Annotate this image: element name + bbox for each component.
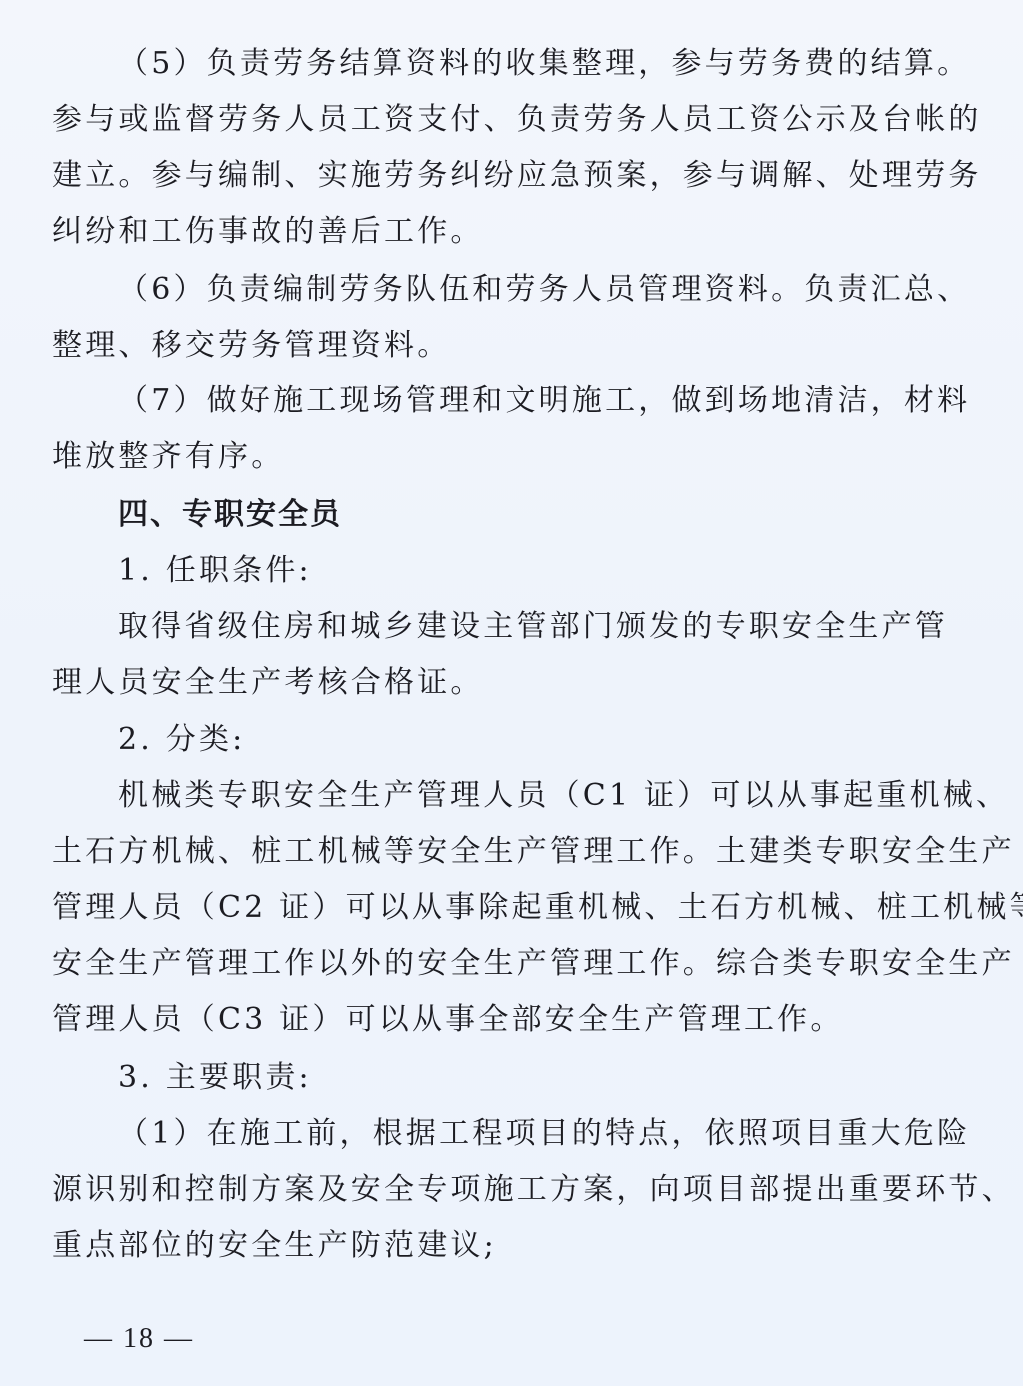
subheading-duties: 3. 主要职责: bbox=[118, 1058, 312, 1098]
classification-line-4: 安全生产管理工作以外的安全生产管理工作。综合类专职安全生产 bbox=[52, 944, 1015, 984]
paragraph-5-line-4: 纠纷和工伤事故的善后工作。 bbox=[52, 212, 484, 252]
classification-line-5: 管理人员（C3 证）可以从事全部安全生产管理工作。 bbox=[52, 1000, 844, 1040]
paragraph-6-line-1: （6）负责编制劳务队伍和劳务人员管理资料。负责汇总、 bbox=[118, 270, 970, 310]
paragraph-5-line-1: （5）负责劳务结算资料的收集整理，参与劳务费的结算。 bbox=[118, 44, 970, 84]
duties-item-1-line-2: 源识别和控制方案及安全专项施工方案，向项目部提出重要环节、 bbox=[52, 1170, 1015, 1210]
document-page: （5）负责劳务结算资料的收集整理，参与劳务费的结算。 参与或监督劳务人员工资支付… bbox=[0, 0, 1023, 1386]
duties-item-1-line-3: 重点部位的安全生产防范建议; bbox=[52, 1226, 497, 1266]
qualifications-line-1: 取得省级住房和城乡建设主管部门颁发的专职安全生产管 bbox=[118, 607, 948, 647]
paragraph-6-line-2: 整理、移交劳务管理资料。 bbox=[52, 326, 450, 366]
subheading-classification: 2. 分类: bbox=[118, 720, 245, 760]
classification-line-3: 管理人员（C2 证）可以从事除起重机械、土石方机械、桩工机械等 bbox=[52, 888, 1023, 928]
paragraph-5-line-3: 建立。参与编制、实施劳务纠纷应急预案，参与调解、处理劳务 bbox=[52, 156, 982, 196]
paragraph-5-line-2: 参与或监督劳务人员工资支付、负责劳务人员工资公示及台帐的 bbox=[52, 100, 982, 140]
classification-line-2: 土石方机械、桩工机械等安全生产管理工作。土建类专职安全生产 bbox=[52, 832, 1015, 872]
page-number: — 18 — bbox=[84, 1322, 194, 1356]
qualifications-line-2: 理人员安全生产考核合格证。 bbox=[52, 663, 484, 703]
subheading-qualifications: 1. 任职条件: bbox=[118, 551, 312, 591]
duties-item-1-line-1: （1）在施工前，根据工程项目的特点，依照项目重大危险 bbox=[118, 1114, 970, 1154]
paragraph-7-line-2: 堆放整齐有序。 bbox=[52, 437, 284, 477]
section-heading: 四、专职安全员 bbox=[118, 495, 342, 535]
paragraph-7-line-1: （7）做好施工现场管理和文明施工，做到场地清洁，材料 bbox=[118, 381, 970, 421]
classification-line-1: 机械类专职安全生产管理人员（C1 证）可以从事起重机械、 bbox=[118, 776, 1009, 816]
